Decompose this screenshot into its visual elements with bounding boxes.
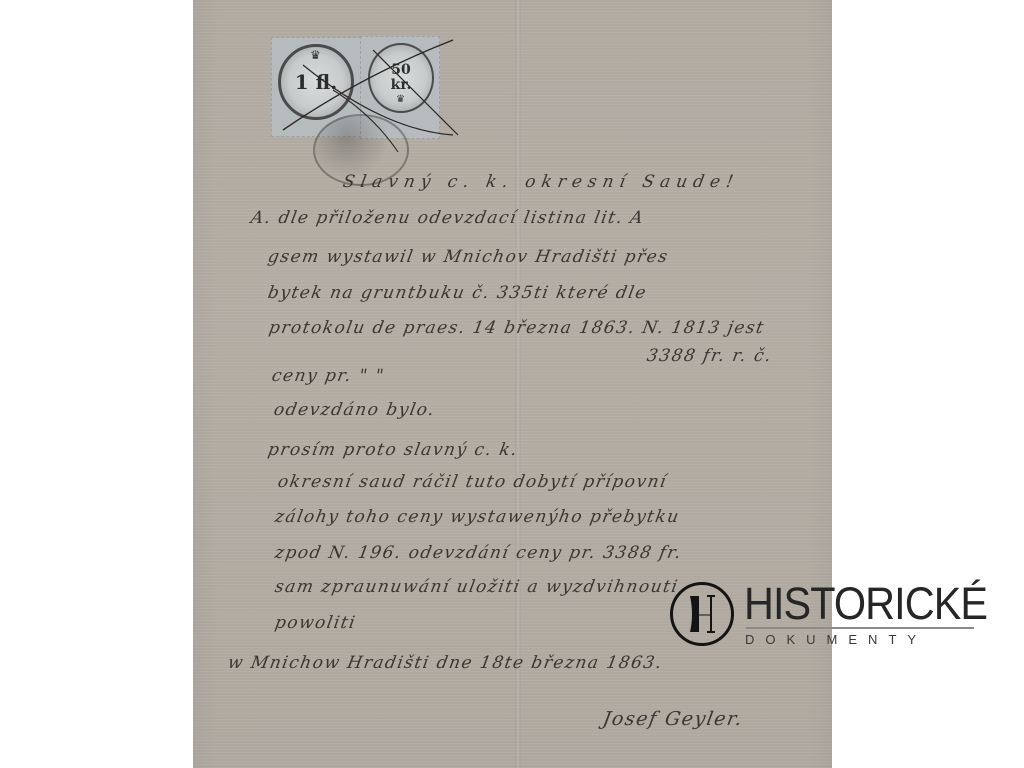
handwritten-line: okresní saud ráčil tuto dobytí přípovní <box>276 472 669 492</box>
signature: Josef Geyler. <box>601 708 745 730</box>
image-viewer: 1 fl. ♛ 50 kr. ♛ Slavný c. k. okresní Sa… <box>0 0 1024 768</box>
handwritten-line: prosím proto slavný c. k. <box>266 440 520 460</box>
historical-document-page: 1 fl. ♛ 50 kr. ♛ Slavný c. k. okresní Sa… <box>193 0 832 768</box>
double-headed-eagle-icon: ♛ <box>310 49 321 61</box>
stamp-value-unit: kr. <box>391 78 412 93</box>
stamp-value: 1 fl. <box>295 70 337 94</box>
stamp-value-number: 50 <box>391 63 410 78</box>
handwritten-line: sam zpraunuwání uložiti a wyzdvihnouti <box>273 577 680 597</box>
handwritten-amount: 3388 fr. r. č. <box>645 346 774 366</box>
handwritten-line: odevzdáno bylo. <box>272 400 437 420</box>
handwritten-line: bytek na gruntbuku č. 335ti které dle <box>266 283 648 303</box>
handwritten-line: zálohy toho ceny wystawenýho přebytku <box>273 507 681 527</box>
handwritten-line: protokolu de praes. 14 března 1863. N. 1… <box>267 318 766 338</box>
handwritten-line: powoliti <box>273 613 358 633</box>
handwritten-line: gsem wystawil w Mnichov Hradišti přes <box>266 247 670 267</box>
salutation: Slavný c. k. okresní Saude! <box>341 172 740 192</box>
handwritten-line: A. dle přiloženu odevzdací listina lit. … <box>249 208 646 228</box>
handwritten-line: zpod N. 196. odevzdání ceny pr. 3388 fr. <box>273 543 683 563</box>
handwritten-line: ceny pr. " " <box>270 366 386 386</box>
double-headed-eagle-icon: ♛ <box>396 95 405 105</box>
place-and-date-line: w Mnichow Hradišti dne 18te března 1863. <box>226 653 664 673</box>
